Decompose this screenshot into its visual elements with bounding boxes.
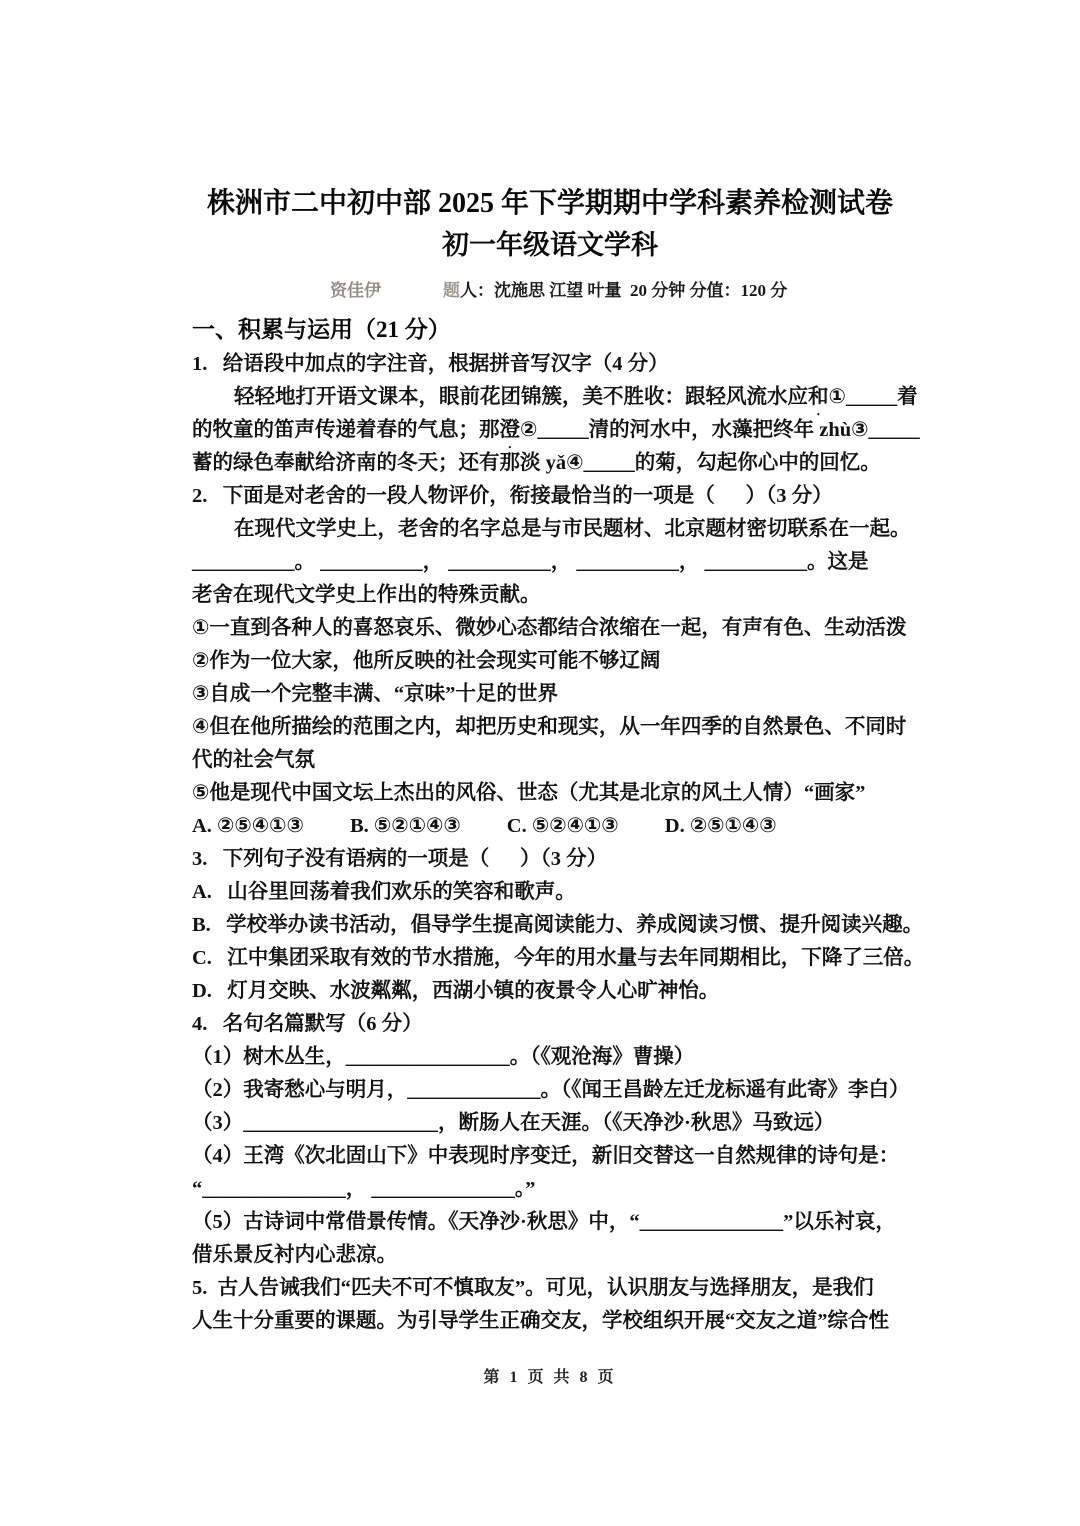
q1-dotted-char-cheng: 澄 <box>500 414 521 447</box>
exam-paper-page: 株洲市二中初中部 2025 年下学期期中学科素养检测试卷 初一年级语文学科 资佳… <box>0 0 1080 1526</box>
q1-stem: 1. 给语段中加点的字注音，根据拼音写汉字（4 分） <box>192 348 908 381</box>
q3-option-b: B. 学校举办读书活动，倡导学生提高阅读能力、养成阅读习惯、提升阅读兴趣。 <box>192 909 908 942</box>
q1-passage-line-1-post: ①_____着 <box>829 386 918 408</box>
q4-item-2: （2）我寄愁心与明月，_____________。（《闻王昌龄左迁龙标遥有此寄》… <box>192 1074 908 1107</box>
q2-item-4-line-2: 代的社会气氛 <box>192 744 908 777</box>
q2-item-5: ⑤他是现代中国文坛上杰出的风俗、世态（尤其是北京的风土人情）“画家” <box>192 777 908 810</box>
q1-passage-line-1: 轻轻地打开语文课本，眼前花团锦簇，美不胜收：跟轻风流水应和①_____着 <box>192 381 908 414</box>
q4-item-5-line-1: （5）古诗词中常借景传情。《天净沙·秋思》中，“______________”以… <box>192 1206 908 1239</box>
meta-reviewers-names: 人：沈施思 江望 叶量 <box>460 281 622 300</box>
q3-stem: 3. 下列句子没有语病的一项是（ ）（3 分） <box>192 843 908 876</box>
q1-passage-line-2-pre: 的牧童的笛声传递着春的气息；那 <box>192 419 500 441</box>
page-number: 第 1 页 共 8 页 <box>192 1364 908 1387</box>
q5-line-1: 5. 古人告诫我们“匹夫不可不慎取友”。可见，认识朋友与选择朋友，是我们 <box>192 1272 908 1305</box>
q2-item-4-line-1: ④但在他所描绘的范围之内，却把历史和现实，从一年四季的自然景色、不同时 <box>192 711 908 744</box>
exam-subtitle: 初一年级语文学科 <box>192 228 908 262</box>
q1-passage-line-3: 蓄的绿色奉献给济南的冬天；还有那淡 yǎ④_____的菊，勾起你心中的回忆。 <box>192 447 908 480</box>
q1-dotted-char-he: 和 <box>808 381 829 414</box>
q2-item-1: ①一直到各种人的喜怒哀乐、微妙心态都结合浓缩在一起，有声有色、生动活泼 <box>192 612 908 645</box>
q3-option-a: A. 山谷里回荡着我们欢乐的笑容和歌声。 <box>192 876 908 909</box>
q2-intro-line: 在现代文学史上，老舍的名字总是与市民题材、北京题材密切联系在一起。 <box>192 513 908 546</box>
meta-author-name: 资佳伊 <box>330 276 381 301</box>
meta-duration-score: 20 分钟 分值：120 分 <box>630 276 787 301</box>
q4-item-1: （1）树木丛生，________________。（《观沧海》曹操） <box>192 1041 908 1074</box>
q4-stem: 4. 名句名篇默写（6 分） <box>192 1008 908 1041</box>
exam-title: 株洲市二中初中部 2025 年下学期期中学科素养检测试卷 <box>192 186 908 222</box>
document-content: 株洲市二中初中部 2025 年下学期期中学科素养检测试卷 初一年级语文学科 资佳… <box>192 186 908 1387</box>
q2-blank-line: __________。 __________， __________， ____… <box>192 546 908 579</box>
section-1-heading: 一、积累与运用（21 分） <box>192 312 908 348</box>
q2-stem: 2. 下面是对老舍的一段人物评价，衔接最恰当的一项是（ ）（3 分） <box>192 480 908 513</box>
q3-option-d: D. 灯月交映、水波粼粼，西湖小镇的夜景令人心旷神怡。 <box>192 975 908 1008</box>
q2-tail-line: 老舍在现代文学史上作出的特殊贡献。 <box>192 579 908 612</box>
q2-item-2: ②作为一位大家，他所反映的社会现实可能不够辽阔 <box>192 645 908 678</box>
q5-line-2: 人生十分重要的课题。为引导学生正确交友，学校组织开展“交友之道”综合性 <box>192 1305 908 1338</box>
q1-passage-line-1-pre: 轻轻地打开语文课本，眼前花团锦簇，美不胜收：跟轻风流水应 <box>234 386 808 408</box>
q2-item-3: ③自成一个完整丰满、“京味”十足的世界 <box>192 678 908 711</box>
q4-item-4-blanks: “______________， ______________。” <box>192 1173 908 1206</box>
meta-reviewers-label-faint: 题 <box>443 281 460 300</box>
q4-item-3: （3）___________________，断肠人在天涯。（《天净沙·秋思》马… <box>192 1107 908 1140</box>
meta-reviewers: 题人：沈施思 江望 叶量 <box>443 276 622 301</box>
q2-options-row: A. ②⑤④①③ B. ⑤②①④③ C. ⑤②④①③ D. ②⑤①④③ <box>192 810 908 843</box>
q4-item-4-stem: （4）王湾《次北固山下》中表现时序变迁，新旧交替这一自然规律的诗句是： <box>192 1140 908 1173</box>
q4-item-5-line-2: 借乐景反衬内心悲凉。 <box>192 1239 908 1272</box>
q1-passage-line-2: 的牧童的笛声传递着春的气息；那澄②_____清的河水中，水藻把终年 zhù③__… <box>192 414 908 447</box>
q3-option-c: C. 江中集团采取有效的节水措施，今年的用水量与去年同期相比，下降了三倍。 <box>192 942 908 975</box>
q1-passage-line-2-post: ②_____清的河水中，水藻把终年 zhù③_____ <box>520 419 920 441</box>
exam-meta-row: 资佳伊 题人：沈施思 江望 叶量 20 分钟 分值：120 分 <box>192 274 908 302</box>
